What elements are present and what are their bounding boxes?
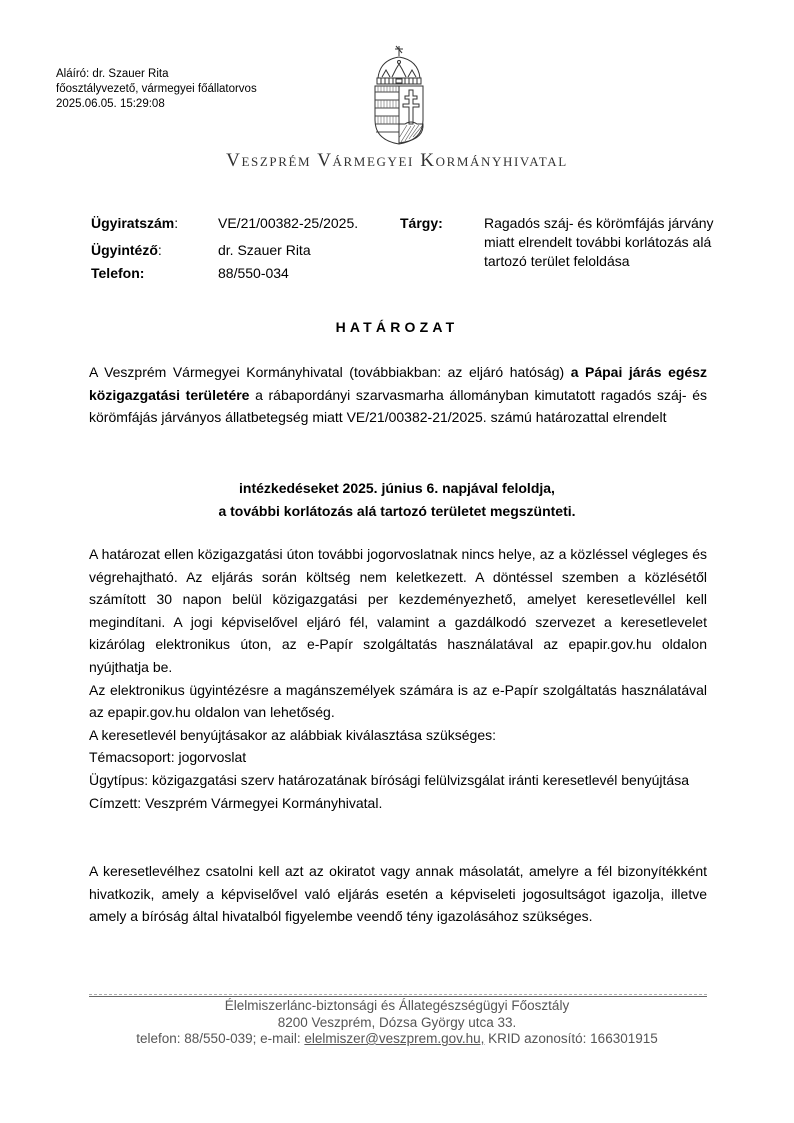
signature-block: Aláíró: dr. Szauer Rita főosztályvezető,… bbox=[56, 67, 257, 112]
administrator-value: dr. Szauer Rita bbox=[218, 239, 311, 262]
subject-value: Ragadós száj- és körömfájás járvány miat… bbox=[484, 212, 720, 271]
subject-label: Tárgy: bbox=[400, 212, 484, 271]
decision-line-2: a további korlátozás alá tartozó terület… bbox=[0, 500, 794, 523]
footer-contact: telefon: 88/550-039; e-mail: elelmiszer@… bbox=[0, 1031, 794, 1048]
phone-label: Telefon: bbox=[91, 262, 218, 285]
email-link[interactable]: elelmiszer@veszprem.gov.hu, bbox=[304, 1031, 484, 1046]
signer-position: főosztályvezető, vármegyei főállatorvos bbox=[56, 82, 257, 97]
remedy-text-2: Az elektronikus ügyintézésre a magánszem… bbox=[89, 679, 707, 724]
attachment-paragraph: A keresetlevélhez csatolni kell azt az o… bbox=[89, 860, 707, 928]
remedy-recipient: Címzett: Veszprém Vármegyei Kormányhivat… bbox=[89, 792, 707, 815]
administrator-label: Ügyintéző: bbox=[91, 239, 218, 262]
case-number-row: Ügyiratszám: VE/21/00382-25/2025. bbox=[91, 212, 358, 235]
case-number-label: Ügyiratszám: bbox=[91, 212, 218, 235]
decision-statement: intézkedéseket 2025. június 6. napjával … bbox=[0, 477, 794, 523]
footer-divider bbox=[89, 994, 707, 995]
remedy-case-type: Ügytípus: közigazgatási szerv határozatá… bbox=[89, 769, 707, 792]
case-metadata: Ügyiratszám: VE/21/00382-25/2025. Ügyint… bbox=[91, 212, 358, 285]
phone-row: Telefon: 88/550-034 bbox=[91, 262, 358, 285]
document-title: HATÁROZAT bbox=[0, 319, 794, 335]
footer-department: Élelmiszerlánc-biztonsági és Állategészs… bbox=[0, 998, 794, 1015]
hungarian-coat-of-arms-icon bbox=[368, 44, 430, 146]
footer: Élelmiszerlánc-biztonsági és Állategészs… bbox=[0, 998, 794, 1048]
case-number-value: VE/21/00382-25/2025. bbox=[218, 212, 358, 235]
decision-line-1: intézkedéseket 2025. június 6. napjával … bbox=[0, 477, 794, 500]
organization-name: Veszprém Vármegyei Kormányhivatal bbox=[0, 150, 794, 172]
remedy-text-1: A határozat ellen közigazgatási úton tov… bbox=[89, 543, 707, 679]
intro-paragraph: A Veszprém Vármegyei Kormányhivatal (tov… bbox=[89, 361, 707, 429]
signature-timestamp: 2025.06.05. 15:29:08 bbox=[56, 97, 257, 112]
subject-block: Tárgy: Ragadós száj- és körömfájás járvá… bbox=[400, 212, 720, 271]
legal-remedy-paragraph: A határozat ellen közigazgatási úton tov… bbox=[89, 543, 707, 814]
footer-divider-solid bbox=[89, 996, 707, 997]
phone-value: 88/550-034 bbox=[218, 262, 289, 285]
signer-name: Aláíró: dr. Szauer Rita bbox=[56, 67, 257, 82]
remedy-text-3: A keresetlevél benyújtásakor az alábbiak… bbox=[89, 724, 707, 747]
administrator-row: Ügyintéző: dr. Szauer Rita bbox=[91, 239, 358, 262]
remedy-topic: Témacsoport: jogorvoslat bbox=[89, 746, 707, 769]
footer-address: 8200 Veszprém, Dózsa György utca 33. bbox=[0, 1015, 794, 1032]
